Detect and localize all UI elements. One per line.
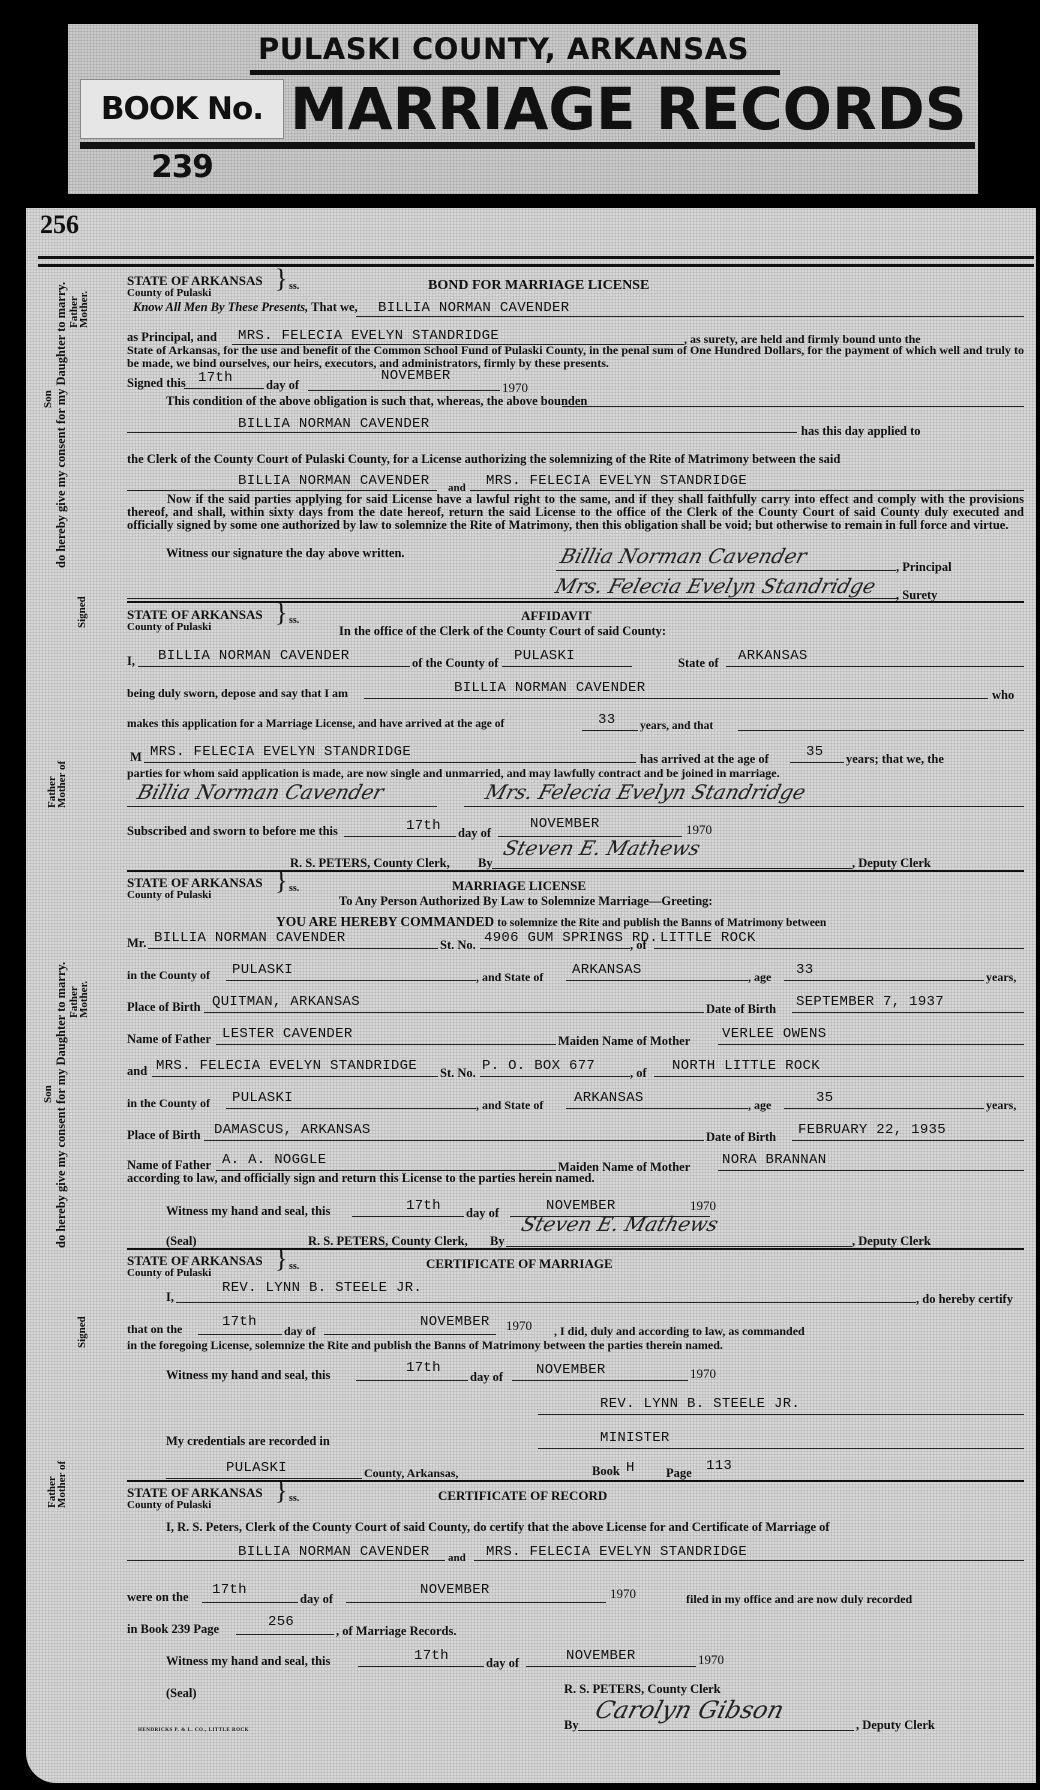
license-day[interactable]: 17th	[406, 1198, 441, 1214]
day-of-label: day of	[470, 1370, 503, 1385]
affidavit-month[interactable]: NOVEMBER	[530, 816, 600, 832]
rule	[578, 1730, 854, 1731]
rule	[654, 1076, 1024, 1077]
license-greeting: To Any Person Authorized By Law to Solem…	[339, 894, 713, 909]
state-block-bond: STATE OF ARKANSAS County of Pulaski }ss.	[127, 274, 263, 300]
years-label: years,	[986, 1098, 1016, 1113]
rule	[538, 1448, 1024, 1449]
section-divider	[127, 870, 1024, 872]
day-of-label: day of	[266, 378, 299, 393]
state-label: STATE OF ARKANSAS	[127, 1486, 263, 1499]
date-birth-label: Date of Birth	[706, 1130, 776, 1145]
bride-city[interactable]: NORTH LITTLE ROCK	[672, 1058, 820, 1074]
applied-to-label: has this day applied to	[801, 424, 920, 439]
and-label: and	[448, 1552, 466, 1564]
county-label: County of Pulaski	[127, 287, 263, 300]
bond-paragraph-2: Now if the said parties applying for sai…	[127, 493, 1024, 532]
rule	[582, 730, 638, 731]
record-witness-day[interactable]: 17th	[414, 1648, 449, 1664]
rule	[344, 836, 456, 837]
sworn-name[interactable]: BILLIA NORMAN CAVENDER	[454, 680, 645, 696]
consent-mother-2: Mother.	[78, 981, 90, 1018]
rule	[226, 1108, 476, 1109]
name-father-label: Name of Father	[127, 1032, 211, 1047]
rule	[492, 868, 852, 869]
rule	[216, 1044, 556, 1045]
rule	[127, 1560, 445, 1561]
rule	[726, 666, 1024, 667]
age-1[interactable]: 33	[598, 712, 615, 728]
rule	[204, 1012, 704, 1013]
affiant-name[interactable]: BILLIA NORMAN CAVENDER	[158, 648, 349, 664]
credentials-page[interactable]: 113	[706, 1458, 732, 1474]
county-arkansas-label: County, Arkansas,	[364, 1466, 458, 1481]
of-label: , of	[630, 938, 647, 953]
records-title: MARRIAGE RECORDS	[290, 74, 967, 144]
according-text: according to law, and officially sign an…	[127, 1171, 595, 1186]
rule	[470, 490, 1024, 491]
rule	[324, 1334, 496, 1335]
record-day[interactable]: 17th	[212, 1582, 247, 1598]
commanded-rest: to solemnize the Rite and publish the Ba…	[497, 917, 826, 929]
certify-label: , do hereby certify	[916, 1292, 1013, 1307]
and-state-label: , and State of	[476, 970, 543, 985]
credentials-label: My credentials are recorded in	[166, 1434, 330, 1449]
witness-label: Witness my hand and seal, this	[166, 1654, 330, 1669]
principal-name[interactable]: BILLIA NORMAN CAVENDER	[378, 300, 569, 316]
deputy-signature: Steven E. Mathews	[501, 836, 703, 860]
by-label: By	[564, 1718, 579, 1733]
consent-son: Son	[42, 390, 54, 408]
affiant-signature-1: Billia Norman Cavender	[135, 780, 387, 804]
in-county-label: in the County of	[127, 1096, 210, 1111]
cert-witness-day[interactable]: 17th	[406, 1360, 441, 1376]
day-of-label: day of	[466, 1206, 499, 1221]
rule	[526, 1666, 696, 1667]
cert-witness-month[interactable]: NOVEMBER	[536, 1362, 606, 1378]
day-of-label: day of	[284, 1324, 316, 1339]
i-label: I,	[127, 654, 135, 669]
rule	[654, 948, 1024, 949]
parties-text: parties for whom said application is mad…	[127, 766, 780, 781]
rule	[502, 666, 632, 667]
rule	[198, 1334, 282, 1335]
bond-day[interactable]: 17th	[198, 370, 233, 386]
state-label: STATE OF ARKANSAS	[127, 274, 263, 287]
seal-label: (Seal)	[166, 1234, 197, 1249]
groom-mother[interactable]: VERLEE OWENS	[722, 1026, 826, 1042]
bond-party-1[interactable]: BILLIA NORMAN CAVENDER	[238, 473, 429, 489]
state-of-label: State of	[678, 656, 719, 671]
rule	[236, 1634, 334, 1635]
record-month[interactable]: NOVEMBER	[420, 1582, 490, 1598]
rule	[127, 490, 437, 491]
deputy-label: , Deputy Clerk	[852, 1234, 931, 1249]
rule	[562, 406, 1024, 407]
bride-state[interactable]: ARKANSAS	[574, 1090, 644, 1106]
filed-text: filed in my office and are now duly reco…	[686, 1592, 912, 1607]
principal-signature: Billia Norman Cavender	[558, 544, 810, 568]
page-label: Page	[666, 1466, 692, 1481]
state-block-record: STATE OF ARKANSAS County of Pulaski }ss.	[127, 1486, 263, 1512]
groom-birthdate[interactable]: SEPTEMBER 7, 1937	[796, 994, 944, 1010]
age-label: , age	[748, 970, 771, 985]
state-label: STATE OF ARKANSAS	[127, 608, 263, 621]
maiden-mother-label: Maiden Name of Mother	[558, 1034, 690, 1049]
groom-county[interactable]: PULASKI	[232, 962, 293, 978]
rule	[148, 948, 438, 949]
years-label: years,	[986, 970, 1016, 985]
place-birth-label: Place of Birth	[127, 1000, 201, 1015]
state-block-certificate: STATE OF ARKANSAS County of Pulaski }ss.	[127, 1254, 263, 1280]
record-year: 1970	[610, 1586, 636, 1602]
record-witness-year: 1970	[698, 1652, 724, 1668]
rule	[152, 1076, 438, 1077]
county-label: County of Pulaski	[127, 1499, 263, 1512]
consent-son-2: Son	[42, 1085, 54, 1103]
certificate-title: CERTIFICATE OF MARRIAGE	[426, 1256, 613, 1272]
groom-age[interactable]: 33	[796, 962, 813, 978]
years-and-that-label: years, and that	[640, 720, 713, 732]
book-number-label: BOOK No. 239	[80, 79, 284, 139]
of-county-label: of the County of	[412, 656, 498, 671]
officiant-name[interactable]: REV. LYNN B. STEELE JR.	[222, 1280, 422, 1296]
top-rule	[38, 256, 1034, 259]
groom-city[interactable]: LITTLE ROCK	[660, 930, 756, 946]
ss-mark: ss.	[289, 1492, 299, 1505]
mr-label: Mr.	[127, 936, 146, 951]
rule	[784, 1108, 984, 1109]
state-label: STATE OF ARKANSAS	[127, 1254, 263, 1267]
consent-signed-2: Signed	[76, 1316, 88, 1348]
rule	[792, 1140, 1024, 1141]
sworn-label: being duly sworn, depose and say that I …	[127, 686, 348, 701]
arrived-label: has arrived at the age of	[640, 752, 769, 767]
rule	[127, 432, 797, 433]
ss-mark: ss.	[289, 614, 299, 627]
bond-party-2[interactable]: MRS. FELECIA EVELYN STANDRIDGE	[486, 473, 747, 489]
deputy-label: , Deputy Clerk	[852, 856, 931, 871]
cert-year: 1970	[506, 1318, 532, 1334]
day-of-label: day of	[486, 1656, 519, 1671]
rule	[718, 1044, 1024, 1045]
bride-mother[interactable]: NORA BRANNAN	[722, 1152, 826, 1168]
rule	[356, 1380, 468, 1381]
record-party-1[interactable]: BILLIA NORMAN CAVENDER	[238, 1544, 429, 1560]
signed-this-label: Signed this	[127, 376, 186, 391]
state-block-license: STATE OF ARKANSAS County of Pulaski }ss.	[127, 876, 263, 902]
m-label: M	[130, 750, 142, 765]
rule	[718, 1170, 1024, 1171]
rule	[356, 316, 1024, 317]
rule	[144, 762, 636, 763]
groom-state[interactable]: ARKANSAS	[572, 962, 642, 978]
consent-signed: Signed	[76, 596, 88, 628]
county-label: County of Pulaski	[127, 621, 263, 634]
affidavit-subtitle: In the office of the Clerk of the County…	[339, 624, 666, 639]
place-birth-label: Place of Birth	[127, 1128, 201, 1143]
rule	[308, 390, 500, 391]
and-state-label: , and State of	[476, 1098, 543, 1113]
bride-father[interactable]: A. A. NOGGLE	[222, 1152, 326, 1168]
rule	[176, 1302, 916, 1303]
header-bar	[80, 142, 975, 149]
deputy-signature: Carolyn Gibson	[592, 1696, 787, 1724]
printer-imprint: HENDRICKS P. & L. CO., LITTLE ROCK	[138, 1728, 249, 1733]
cert-witness-year: 1970	[690, 1366, 716, 1382]
rule	[138, 666, 410, 667]
that-on-label: that on the	[127, 1322, 182, 1337]
rule	[738, 730, 1024, 731]
rule	[226, 980, 476, 981]
age-2[interactable]: 35	[806, 744, 823, 760]
surety-signature: Mrs. Felecia Evelyn Standridge	[553, 574, 879, 598]
county-heading: PULASKI COUNTY, ARKANSAS	[258, 32, 749, 66]
groom-father[interactable]: LESTER CAVENDER	[222, 1026, 353, 1042]
rule	[566, 980, 748, 981]
condition-text: This condition of the above obligation i…	[166, 394, 587, 409]
foregoing-text: in the foregoing License, solemnize the …	[127, 1338, 723, 1353]
rule	[346, 1602, 606, 1603]
rule	[358, 1666, 484, 1667]
witness-label: Witness my hand and seal, this	[166, 1204, 330, 1219]
were-on-label: were on the	[127, 1590, 189, 1605]
bounden-name[interactable]: BILLIA NORMAN CAVENDER	[238, 416, 429, 432]
cert-day[interactable]: 17th	[222, 1314, 257, 1330]
affidavit-name-2[interactable]: MRS. FELECIA EVELYN STANDRIDGE	[150, 744, 411, 760]
mother-of-2: Mother of	[56, 1461, 68, 1508]
of-records-label: , of Marriage Records.	[336, 1624, 456, 1639]
by-label: By	[490, 1234, 505, 1249]
record-intro: I, R. S. Peters, Clerk of the County Cou…	[166, 1520, 830, 1535]
clerk-label: R. S. PETERS, County Clerk	[564, 1682, 721, 1697]
rule	[184, 388, 264, 389]
and-label: and	[127, 1064, 147, 1079]
county-label: County of Pulaski	[127, 1267, 263, 1280]
makes-label: makes this application for a Marriage Li…	[127, 718, 504, 730]
st-no-label: St. No.	[440, 1066, 476, 1081]
i-label: I,	[166, 1290, 174, 1305]
affidavit-day[interactable]: 17th	[406, 818, 441, 834]
consent-text-2: do hereby give my consent for my Daughte…	[54, 962, 69, 1248]
record-party-2[interactable]: MRS. FELECIA EVELYN STANDRIDGE	[486, 1544, 747, 1560]
st-no-label: St. No.	[440, 938, 476, 953]
know-all-line: Know All Men By These Presents, That we,	[133, 300, 358, 315]
bond-title: BOND FOR MARRIAGE LICENSE	[428, 278, 649, 294]
officiant-title[interactable]: MINISTER	[600, 1430, 670, 1446]
rule	[792, 1012, 1024, 1013]
state-label: STATE OF ARKANSAS	[127, 876, 263, 889]
rule	[127, 806, 437, 807]
of-label: , of	[630, 1066, 647, 1081]
credentials-county[interactable]: PULASKI	[226, 1460, 287, 1476]
rule	[364, 698, 988, 699]
rule	[464, 806, 1024, 807]
groom-name[interactable]: BILLIA NORMAN CAVENDER	[154, 930, 345, 946]
by-label: By	[478, 856, 493, 871]
deputy-signature: Steven E. Mathews	[519, 1212, 721, 1236]
section-divider	[127, 1480, 1024, 1482]
rule	[566, 1108, 748, 1109]
rule	[474, 1560, 1024, 1561]
consent-text: do hereby give my consent for my Daughte…	[54, 282, 69, 568]
rule	[556, 570, 896, 571]
years-that-we-label: years; that we, the	[846, 752, 944, 767]
commanded-line: YOU ARE HEREBY COMMANDED to solemnize th…	[276, 914, 826, 930]
that-we-label: That we,	[311, 300, 358, 314]
rule	[512, 1380, 688, 1381]
clerk-text: the Clerk of the County Court of Pulaski…	[127, 452, 840, 467]
in-county-label: in the County of	[127, 968, 210, 983]
rule	[202, 1602, 298, 1603]
ss-mark: ss.	[289, 280, 299, 293]
cert-month[interactable]: NOVEMBER	[420, 1314, 490, 1330]
bride-birthdate[interactable]: FEBRUARY 22, 1935	[798, 1122, 946, 1138]
bride-age[interactable]: 35	[816, 1090, 833, 1106]
principal-label: , Principal	[896, 560, 952, 575]
day-of-label: day of	[458, 826, 491, 841]
day-of-label: day of	[300, 1592, 333, 1607]
rule	[506, 1246, 852, 1247]
seal-label: (Seal)	[166, 1686, 197, 1701]
officiant-signature[interactable]: REV. LYNN B. STEELE JR.	[600, 1396, 800, 1412]
rule	[784, 980, 984, 981]
bond-month[interactable]: NOVEMBER	[381, 368, 451, 384]
rule	[790, 762, 844, 763]
affiant-signature-2: Mrs. Felecia Evelyn Standridge	[483, 780, 809, 804]
rule	[538, 1414, 1024, 1415]
rule	[204, 1140, 704, 1141]
license-title: MARRIAGE LICENSE	[452, 878, 586, 894]
top-rule-2	[38, 264, 1034, 267]
subscribed-label: Subscribed and sworn to before me this	[127, 824, 338, 839]
rule	[166, 1478, 362, 1479]
bride-birthplace[interactable]: DAMASCUS, ARKANSAS	[214, 1122, 371, 1138]
section-divider	[127, 1248, 1024, 1250]
rule	[127, 598, 897, 599]
record-witness-month[interactable]: NOVEMBER	[566, 1648, 636, 1664]
bond-paragraph-1: State of Arkansas, for the use and benef…	[127, 344, 1024, 370]
mother-of: Mother of	[56, 761, 68, 808]
rule	[480, 1076, 630, 1077]
rule	[352, 1216, 464, 1217]
section-divider	[127, 601, 1024, 603]
deputy-label: , Deputy Clerk	[856, 1718, 935, 1733]
did-text: , I did, duly and according to law, as c…	[554, 1324, 805, 1339]
commanded-bold: YOU ARE HEREBY COMMANDED	[276, 914, 494, 929]
date-birth-label: Date of Birth	[706, 1002, 776, 1017]
surety-name[interactable]: MRS. FELECIA EVELYN STANDRIDGE	[238, 328, 499, 344]
groom-birthplace[interactable]: QUITMAN, ARKANSAS	[212, 994, 360, 1010]
bride-county[interactable]: PULASKI	[232, 1090, 293, 1106]
consent-mother: Mother.	[78, 291, 90, 328]
affiant-county[interactable]: PULASKI	[514, 648, 575, 664]
bride-street[interactable]: P. O. BOX 677	[482, 1058, 595, 1074]
rule	[480, 948, 630, 949]
age-label: , age	[748, 1098, 771, 1113]
ss-mark: ss.	[289, 882, 299, 895]
page-number: 256	[40, 210, 79, 240]
bride-name[interactable]: MRS. FELECIA EVELYN STANDRIDGE	[156, 1058, 417, 1074]
state-block-affidavit: STATE OF ARKANSAS County of Pulaski }ss.	[127, 608, 263, 634]
consent-label: do hereby give my consent for my Daughte…	[54, 282, 68, 568]
ss-mark: ss.	[289, 1260, 299, 1273]
county-label: County of Pulaski	[127, 889, 263, 902]
affiant-state[interactable]: ARKANSAS	[738, 648, 808, 664]
book-label: Book	[592, 1464, 620, 1479]
in-book-label: in Book 239 Page	[127, 1622, 219, 1637]
clerk-label: R. S. PETERS, County Clerk,	[290, 856, 450, 871]
affidavit-title: AFFIDAVIT	[521, 608, 592, 624]
witness-text: Witness our signature the day above writ…	[166, 546, 405, 561]
book-header: PULASKI COUNTY, ARKANSAS BOOK No. 239 MA…	[68, 24, 978, 194]
witness-label: Witness my hand and seal, this	[166, 1368, 330, 1383]
record-title: CERTIFICATE OF RECORD	[438, 1488, 607, 1504]
record-page[interactable]: 256	[268, 1614, 294, 1630]
clerk-label: R. S. PETERS, County Clerk,	[308, 1234, 468, 1249]
credentials-book[interactable]: H	[626, 1460, 635, 1476]
record-page: 256 do hereby give my consent for my Dau…	[26, 208, 1036, 1783]
know-all-label: Know All Men By These Presents,	[133, 300, 308, 314]
who-label: who	[992, 688, 1014, 703]
